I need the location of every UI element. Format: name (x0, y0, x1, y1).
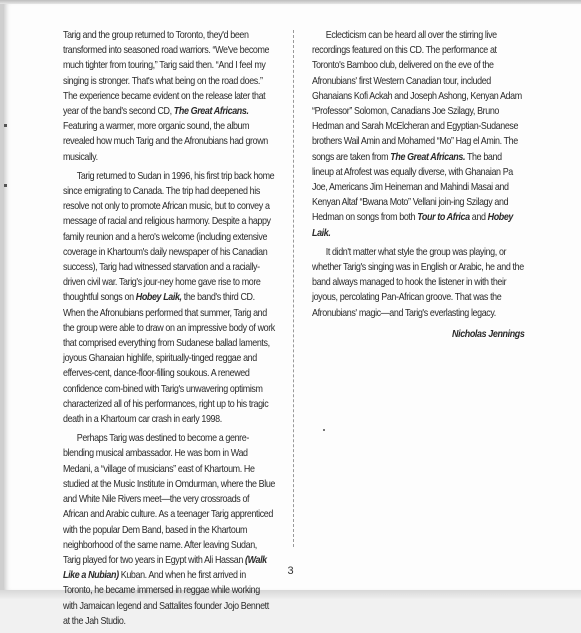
page-number: 3 (0, 565, 581, 577)
body-text: and (470, 212, 488, 223)
left-column: Tarig and the group returned to Toronto,… (63, 28, 275, 599)
paragraph: Tarig and the group returned to Toronto,… (63, 28, 275, 165)
paragraph: Tarig returned to Sudan in 1996, his fir… (63, 169, 275, 427)
author-signature: Nicholas Jennings (312, 327, 524, 342)
body-text: the band's third CD. When the Afronubian… (63, 292, 275, 425)
body-text: Tarig returned to Sudan in 1996, his fir… (63, 171, 274, 304)
scan-speck (4, 184, 7, 187)
body-text: Perhaps Tarig was destined to become a g… (63, 433, 275, 566)
body-text: Featuring a warmer, more organic sound, … (63, 121, 268, 162)
right-column: Eclecticism can be heard all over the st… (312, 28, 524, 342)
body-text: It didn't matter what style the group wa… (312, 247, 524, 319)
scan-speck (323, 429, 325, 431)
paragraph: Eclecticism can be heard all over the st… (312, 28, 524, 241)
body-text: Eclecticism can be heard all over the st… (312, 30, 522, 163)
scan-speck (4, 124, 7, 127)
album-title-the-great-africans: The Great Africans. (174, 106, 249, 117)
paragraph: It didn't matter what style the group wa… (312, 245, 524, 321)
body-text: Tarig and the group returned to Toronto,… (63, 30, 269, 117)
album-title-hobey-laik: Hobey Laik, (136, 292, 182, 303)
album-title-tour-to-africa: Tour to Africa (417, 212, 470, 223)
column-divider (293, 30, 294, 547)
album-title-the-great-africans: The Great Africans. (390, 152, 465, 163)
